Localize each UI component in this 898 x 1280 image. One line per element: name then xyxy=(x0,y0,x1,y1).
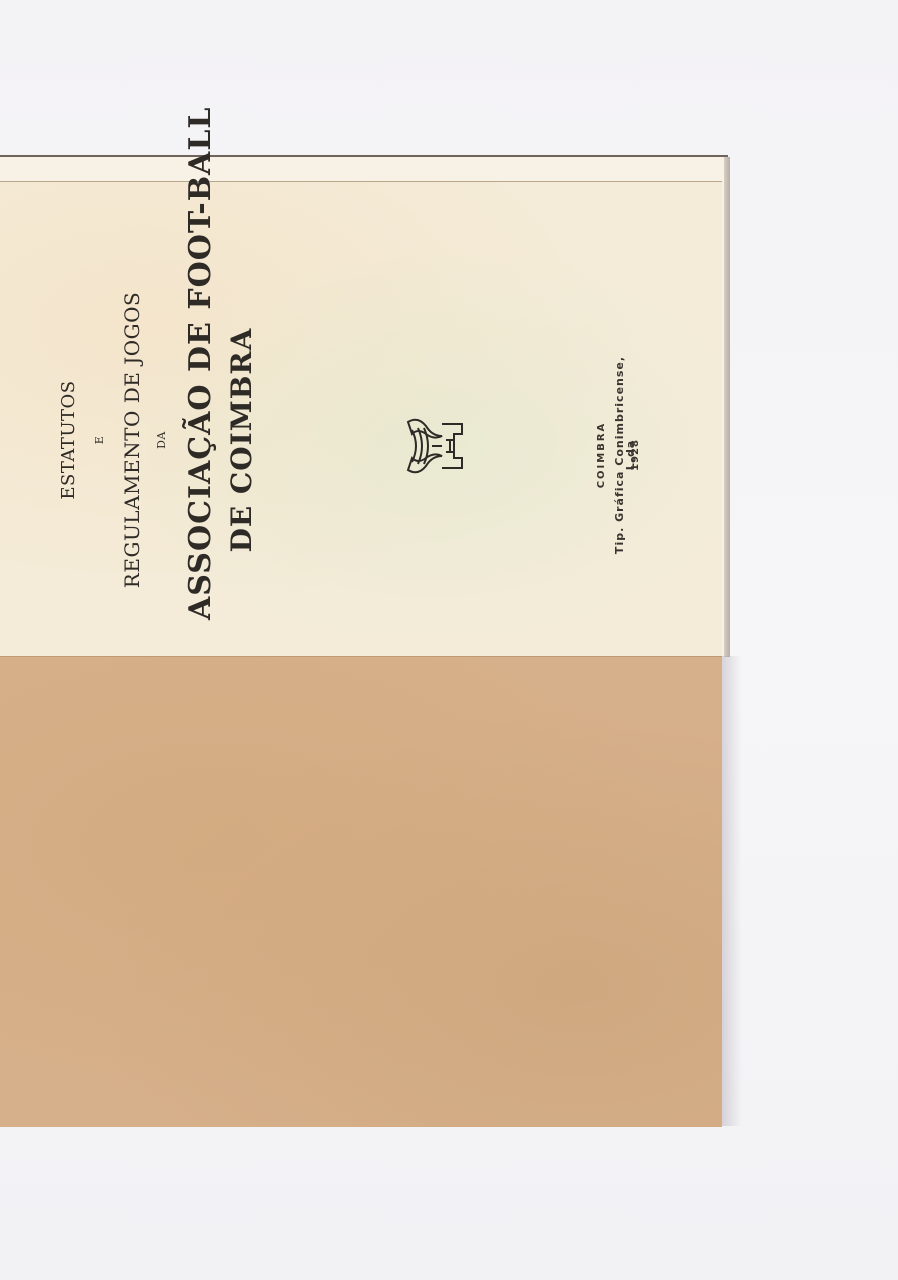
title-line-da: DA xyxy=(148,260,186,620)
title-line-associacao: ASSOCIAÇÃO DE FOOT-BALL xyxy=(186,260,228,620)
cover-shadow xyxy=(722,656,742,1126)
booklet-cover xyxy=(0,656,722,1127)
imprint-city: COIMBRA xyxy=(597,340,614,570)
imprint-block: COIMBRA Tip. Gráfica Conimbricense, L.da… xyxy=(597,340,646,570)
printer-mark-emblem-icon xyxy=(402,414,468,478)
imprint-year: 1928 xyxy=(631,340,646,570)
title-line-coimbra: DE COIMBRA xyxy=(228,260,264,620)
title-line-e: E xyxy=(88,260,122,620)
title-line-estatutos: ESTATUTOS xyxy=(60,260,88,620)
title-line-regulamento: REGULAMENTO DE JOGOS xyxy=(122,260,148,620)
title-block: ESTATUTOS E REGULAMENTO DE JOGOS DA ASSO… xyxy=(60,260,264,620)
imprint-printer: Tip. Gráfica Conimbricense, L.da xyxy=(614,340,631,570)
